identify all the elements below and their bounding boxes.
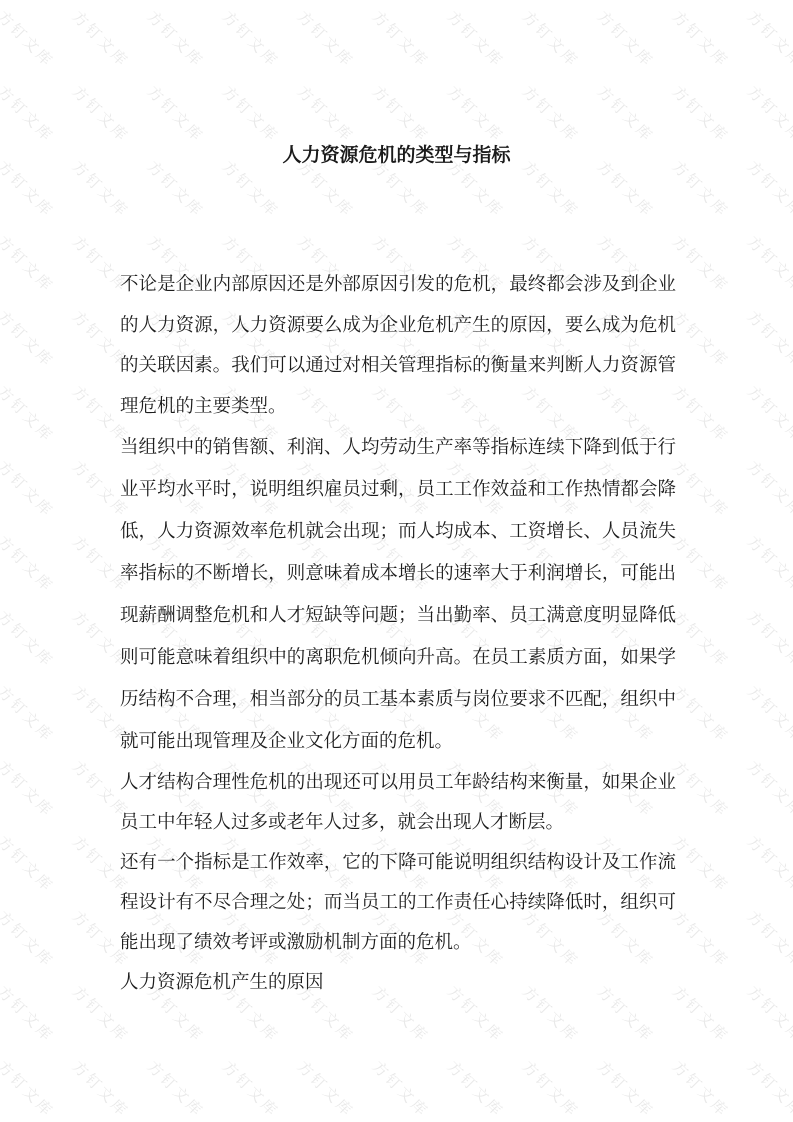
watermark-text: 方钉文库 — [293, 6, 359, 72]
watermark-text: 方钉文库 — [743, 231, 793, 297]
watermark-text: 方钉文库 — [668, 606, 734, 672]
watermark-text: 方钉文库 — [668, 6, 734, 72]
paragraph: 还有一个指标是工作效率，它的下降可能说明组织结构设计及工作流程设计有不尽合理之处… — [120, 843, 676, 963]
watermark-text: 方钉文库 — [143, 6, 209, 72]
watermark-text: 方钉文库 — [668, 381, 734, 447]
watermark-text: 方钉文库 — [668, 531, 734, 597]
watermark-text: 方钉文库 — [68, 6, 134, 72]
watermark-text: 方钉文库 — [143, 1056, 209, 1122]
watermark-text: 方钉文库 — [443, 6, 509, 72]
watermark-text: 方钉文库 — [668, 81, 734, 147]
watermark-text: 方钉文库 — [443, 1056, 509, 1122]
watermark-text: 方钉文库 — [368, 1056, 434, 1122]
paragraph: 当组织中的销售额、利润、人均劳动生产率等指标连续下降到低于行业平均水平时，说明组… — [120, 427, 676, 763]
watermark-text: 方钉文库 — [743, 681, 793, 747]
document-page: 方钉文库方钉文库方钉文库方钉文库方钉文库方钉文库方钉文库方钉文库方钉文库方钉文库… — [0, 0, 793, 1122]
watermark-text: 方钉文库 — [0, 6, 59, 72]
watermark-text: 方钉文库 — [0, 1056, 59, 1122]
watermark-text: 方钉文库 — [743, 381, 793, 447]
watermark-text: 方钉文库 — [743, 606, 793, 672]
watermark-text: 方钉文库 — [668, 831, 734, 897]
watermark-text: 方钉文库 — [743, 981, 793, 1047]
watermark-text: 方钉文库 — [518, 81, 584, 147]
watermark-text: 方钉文库 — [0, 456, 59, 522]
watermark-text: 方钉文库 — [743, 531, 793, 597]
document-title: 人力资源危机的类型与指标 — [0, 144, 793, 168]
watermark-text: 方钉文库 — [668, 981, 734, 1047]
watermark-text: 方钉文库 — [668, 306, 734, 372]
watermark-text: 方钉文库 — [593, 1056, 659, 1122]
watermark-text: 方钉文库 — [743, 456, 793, 522]
watermark-text: 方钉文库 — [743, 306, 793, 372]
watermark-text: 方钉文库 — [68, 81, 134, 147]
watermark-text: 方钉文库 — [0, 906, 59, 972]
watermark-text: 方钉文库 — [593, 81, 659, 147]
watermark-text: 方钉文库 — [668, 756, 734, 822]
paragraph: 人力资源危机产生的原因 — [120, 963, 676, 1003]
watermark-text: 方钉文库 — [743, 831, 793, 897]
watermark-text: 方钉文库 — [0, 981, 59, 1047]
watermark-text: 方钉文库 — [0, 606, 59, 672]
paragraph: 人才结构合理性危机的出现还可以用员工年龄结构来衡量，如果企业员工中年轻人过多或老… — [120, 763, 676, 843]
watermark-text: 方钉文库 — [0, 531, 59, 597]
watermark-text: 方钉文库 — [293, 1056, 359, 1122]
watermark-text: 方钉文库 — [743, 756, 793, 822]
watermark-text: 方钉文库 — [443, 81, 509, 147]
watermark-text: 方钉文库 — [218, 81, 284, 147]
watermark-text: 方钉文库 — [368, 81, 434, 147]
watermark-text: 方钉文库 — [293, 81, 359, 147]
watermark-text: 方钉文库 — [743, 6, 793, 72]
watermark-text: 方钉文库 — [743, 1056, 793, 1122]
watermark-text: 方钉文库 — [668, 1056, 734, 1122]
watermark-text: 方钉文库 — [0, 231, 59, 297]
watermark-text: 方钉文库 — [593, 6, 659, 72]
watermark-text: 方钉文库 — [0, 81, 59, 147]
watermark-text: 方钉文库 — [0, 681, 59, 747]
watermark-text: 方钉文库 — [0, 381, 59, 447]
watermark-text: 方钉文库 — [0, 756, 59, 822]
watermark-text: 方钉文库 — [668, 906, 734, 972]
watermark-text: 方钉文库 — [218, 1056, 284, 1122]
paragraph: 不论是企业内部原因还是外部原因引发的危机，最终都会涉及到企业的人力资源，人力资源… — [120, 265, 676, 427]
watermark-text: 方钉文库 — [668, 681, 734, 747]
document-body: 不论是企业内部原因还是外部原因引发的危机，最终都会涉及到企业的人力资源，人力资源… — [120, 265, 676, 1003]
watermark-text: 方钉文库 — [743, 81, 793, 147]
watermark-text: 方钉文库 — [668, 231, 734, 297]
watermark-text: 方钉文库 — [668, 456, 734, 522]
watermark-text: 方钉文库 — [68, 1056, 134, 1122]
watermark-text: 方钉文库 — [143, 81, 209, 147]
watermark-text: 方钉文库 — [518, 1056, 584, 1122]
watermark-text: 方钉文库 — [368, 6, 434, 72]
watermark-text: 方钉文库 — [743, 906, 793, 972]
watermark-text: 方钉文库 — [218, 6, 284, 72]
watermark-text: 方钉文库 — [0, 831, 59, 897]
watermark-text: 方钉文库 — [518, 6, 584, 72]
watermark-text: 方钉文库 — [0, 306, 59, 372]
